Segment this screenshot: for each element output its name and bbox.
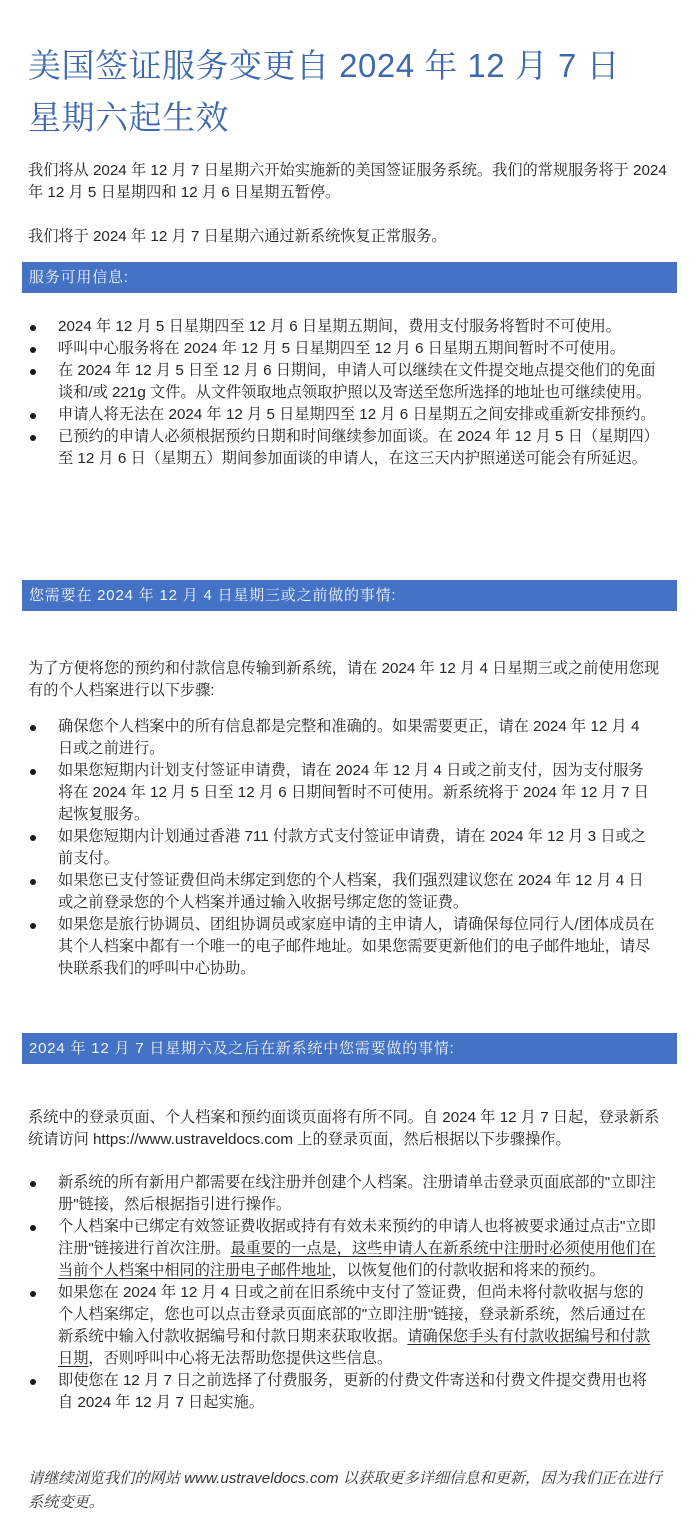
- bullet-icon: [30, 1181, 36, 1187]
- footer-note: 请继续浏览我们的网站 www.ustraveldocs.com 以获取更多详细信…: [28, 1467, 673, 1515]
- bullet-icon: [30, 725, 36, 731]
- section-2-intro: 为了方便将您的预约和付款信息传输到新系统，请在 2024 年 12 月 4 日星…: [28, 658, 673, 702]
- section-3-intro: 系统中的登录页面、个人档案和预约面谈页面将有所不同。自 2024 年 12 月 …: [28, 1107, 673, 1151]
- title-line-2: 星期六起生效: [28, 99, 229, 136]
- footer-website-link[interactable]: www.ustraveldocs.com: [184, 1470, 338, 1487]
- after-dec-7-list: 新系统的所有新用户都需要在线注册并创建个人档案。注册请单击登录页面底部的"立即注…: [0, 1172, 680, 1414]
- list-item: 如果您是旅行协调员、团组协调员或家庭申请的主申请人，请确保每位同行人/团体成员在…: [0, 914, 680, 980]
- list-item: 确保您个人档案中的所有信息都是完整和准确的。如果需要更正，请在 2024 年 1…: [0, 716, 680, 760]
- list-item: 已预约的申请人必须根据预约日期和时间继续参加面谈。在 2024 年 12 月 5…: [0, 426, 680, 470]
- bullet-icon: [30, 347, 36, 353]
- bullet-icon: [30, 435, 36, 441]
- list-item: 如果您短期内计划支付签证申请费，请在 2024 年 12 月 4 日或之前支付，…: [0, 760, 680, 826]
- list-item: 如果您在 2024 年 12 月 4 日或之前在旧系统中支付了签证费，但尚未将付…: [0, 1282, 680, 1370]
- list-item: 申请人将无法在 2024 年 12 月 5 日星期四至 12 月 6 日星期五之…: [0, 404, 680, 426]
- intro-paragraph-2: 我们将于 2024 年 12 月 7 日星期六通过新系统恢复正常服务。: [28, 226, 673, 248]
- service-availability-list: 2024 年 12 月 5 日星期四至 12 月 6 日星期五期间，费用支付服务…: [0, 316, 680, 470]
- bullet-icon: [30, 413, 36, 419]
- list-item: 个人档案中已绑定有效签证费收据或持有有效未来预约的申请人也将被要求通过点击"立即…: [0, 1216, 680, 1282]
- bullet-icon: [30, 325, 36, 331]
- bullet-icon: [30, 1291, 36, 1297]
- bullet-icon: [30, 923, 36, 929]
- list-item: 如果您已支付签证费但尚未绑定到您的个人档案，我们强烈建议您在 2024 年 12…: [0, 870, 680, 914]
- list-item: 新系统的所有新用户都需要在线注册并创建个人档案。注册请单击登录页面底部的"立即注…: [0, 1172, 680, 1216]
- intro-paragraph-1: 我们将从 2024 年 12 月 7 日星期六开始实施新的美国签证服务系统。我们…: [28, 160, 673, 204]
- bullet-icon: [30, 835, 36, 841]
- list-item: 2024 年 12 月 5 日星期四至 12 月 6 日星期五期间，费用支付服务…: [0, 316, 680, 338]
- section-header-before-dec-4: 您需要在 2024 年 12 月 4 日星期三或之前做的事情:: [22, 580, 677, 611]
- list-item: 如果您短期内计划通过香港 711 付款方式支付签证申请费，请在 2024 年 1…: [0, 826, 680, 870]
- list-item: 在 2024 年 12 月 5 日至 12 月 6 日期间，申请人可以继续在文件…: [0, 360, 680, 404]
- bullet-icon: [30, 1379, 36, 1385]
- bullet-icon: [30, 879, 36, 885]
- ustraveldocs-link[interactable]: https://www.ustraveldocs.com: [93, 1131, 293, 1148]
- page-title: 美国签证服务变更自 2024 年 12 月 7 日 星期六起生效: [28, 40, 678, 144]
- title-line-1: 美国签证服务变更自 2024 年 12 月 7 日: [28, 47, 620, 84]
- section-header-service-availability: 服务可用信息:: [22, 262, 677, 293]
- bullet-icon: [30, 1225, 36, 1231]
- list-item: 即使您在 12 月 7 日之前选择了付费服务，更新的付费文件寄送和付费文件提交费…: [0, 1370, 680, 1414]
- bullet-icon: [30, 369, 36, 375]
- list-item: 呼叫中心服务将在 2024 年 12 月 5 日星期四至 12 月 6 日星期五…: [0, 338, 680, 360]
- before-dec-4-list: 确保您个人档案中的所有信息都是完整和准确的。如果需要更正，请在 2024 年 1…: [0, 716, 680, 980]
- section-header-after-dec-7: 2024 年 12 月 7 日星期六及之后在新系统中您需要做的事情:: [22, 1033, 677, 1064]
- bullet-icon: [30, 769, 36, 775]
